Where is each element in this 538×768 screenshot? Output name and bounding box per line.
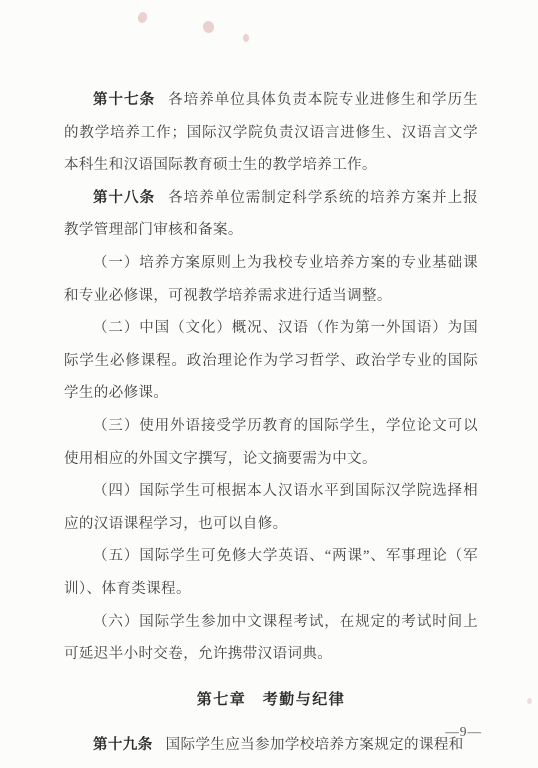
paragraph-text: （二）中国（文化）概况、汉语（作为第一外国语）为国际学生必修课程。政治理论作为学… xyxy=(64,320,478,401)
paragraph-text: （三）使用外语接受学历教育的国际学生，学位论文可以使用相应的外国文字撰写，论文摘… xyxy=(64,418,478,467)
document-body: 第十七条各培养单位具体负责本院专业进修生和学历生的教学培养工作；国际汉学院负责汉… xyxy=(64,84,478,762)
article-number: 第十七条 xyxy=(93,92,155,108)
paragraph-item-5: （五）国际学生可免修大学英语、“两课”、军事理论（军训）、体育类课程。 xyxy=(64,540,478,605)
red-scan-mark xyxy=(202,20,216,34)
red-scan-mark xyxy=(243,34,249,42)
red-scan-mark xyxy=(527,698,532,704)
paragraph-item-4: （四）国际学生可根据本人汉语水平到国际汉学院选择相应的汉语课程学习，也可以自修。 xyxy=(64,475,478,540)
paragraph-text: （六）国际学生参加中文课程考试，在规定的考试时间上可延迟半小时交卷，允许携带汉语… xyxy=(64,614,478,663)
page-number: —9— xyxy=(445,724,482,740)
article-number: 第十八条 xyxy=(93,190,155,206)
paragraph-item-1: （一）培养方案原则上为我校专业培养方案的专业基础课和专业必修课，可视教学培养需求… xyxy=(64,247,478,312)
paragraph-article-17: 第十七条各培养单位具体负责本院专业进修生和学历生的教学培养工作；国际汉学院负责汉… xyxy=(64,84,478,182)
paragraph-article-19: 第十九条国际学生应当参加学校培养方案规定的课程和 xyxy=(64,729,478,762)
red-scan-mark xyxy=(136,11,148,24)
chapter-heading: 第七章 考勤与纪律 xyxy=(64,684,478,717)
paragraph-item-6: （六）国际学生参加中文课程考试，在规定的考试时间上可延迟半小时交卷，允许携带汉语… xyxy=(64,606,478,671)
paragraph-item-2: （二）中国（文化）概况、汉语（作为第一外国语）为国际学生必修课程。政治理论作为学… xyxy=(64,312,478,410)
paragraph-text: （一）培养方案原则上为我校专业培养方案的专业基础课和专业必修课，可视教学培养需求… xyxy=(64,255,478,304)
article-number: 第十九条 xyxy=(93,737,153,753)
paragraph-article-18: 第十八条各培养单位需制定科学系统的培养方案并上报教学管理部门审核和备案。 xyxy=(64,182,478,247)
paragraph-text: 国际学生应当参加学校培养方案规定的课程和 xyxy=(166,737,464,753)
paragraph-text: （五）国际学生可免修大学英语、“两课”、军事理论（军训）、体育类课程。 xyxy=(64,548,478,597)
document-page: 第十七条各培养单位具体负责本院专业进修生和学历生的教学培养工作；国际汉学院负责汉… xyxy=(0,0,538,768)
paragraph-text: （四）国际学生可根据本人汉语水平到国际汉学院选择相应的汉语课程学习，也可以自修。 xyxy=(64,483,478,532)
paragraph-item-3: （三）使用外语接受学历教育的国际学生，学位论文可以使用相应的外国文字撰写，论文摘… xyxy=(64,410,478,475)
